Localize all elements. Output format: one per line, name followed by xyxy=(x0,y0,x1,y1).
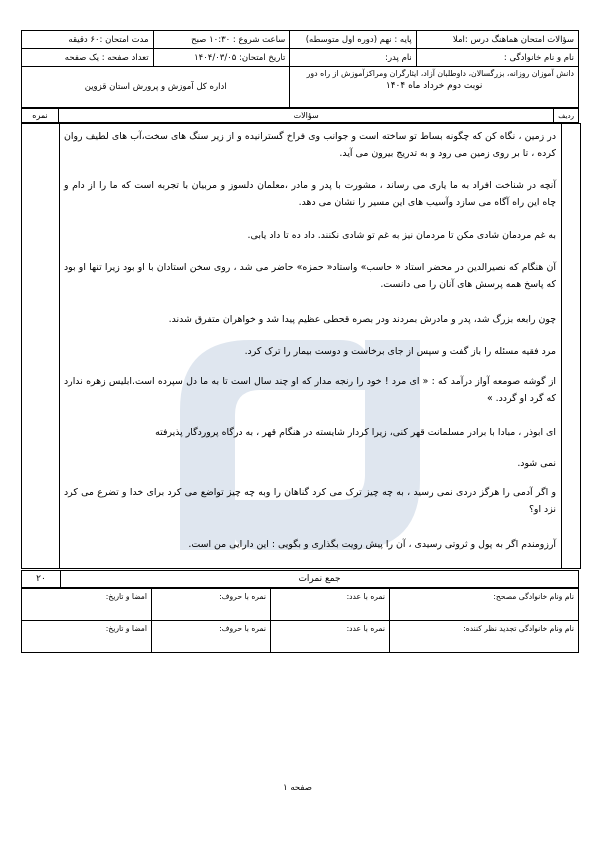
reviewer-name-field[interactable]: نام ونام خانوادگی تجدید نظر کننده: xyxy=(390,621,579,653)
exam-title: سؤالات امتحان هماهنگ درس :املا xyxy=(416,31,578,49)
total-score-label: جمع نمرات xyxy=(61,571,579,588)
father-name-field[interactable]: نام پدر: xyxy=(290,49,416,67)
grader-table: نام ونام خانوادگی مصحح: نمره با عدد: نمر… xyxy=(21,588,579,653)
exam-audience-cell: دانش آموزان روزانه، بزرگسالان، داوطلبان … xyxy=(290,67,579,108)
questions-column-header: سؤالات xyxy=(59,109,554,123)
start-time: ساعت شروع : ۱۰:۳۰ صبح xyxy=(153,31,290,49)
question-2: آنچه در شناخت افراد به ما یاری می رساند … xyxy=(64,177,556,211)
questions-body: در زمین ، نگاه کن که چگونه بساط تو ساخته… xyxy=(21,123,581,569)
exam-page: سؤالات امتحان هماهنگ درس :املا پایه : نه… xyxy=(0,0,595,842)
question-5: چون رابعه بزرگ شد، پدر و مادرش بمردند ود… xyxy=(64,311,556,328)
total-score-value: ۲۰ xyxy=(22,571,61,588)
row-column-header: ردیف xyxy=(554,109,579,123)
organization-name: اداره کل آموزش و پرورش استان قزوین xyxy=(22,67,290,108)
reviewer-signature-field[interactable]: امضا و تاریخ: xyxy=(22,621,152,653)
question-8: ای ابوذر ، مبادا با برادر مسلمانت قهر کن… xyxy=(64,424,556,441)
reviewer-score-digits-field[interactable]: نمره با عدد: xyxy=(271,621,390,653)
question-10: آرزومندم اگر به پول و ثروتی رسیدی ، آن ر… xyxy=(64,536,556,553)
row-number-column xyxy=(561,124,580,568)
grade-level: پایه : نهم (دوره اول متوسطه) xyxy=(290,31,416,49)
exam-duration: مدت امتحان :۶۰ دقیقه xyxy=(22,31,154,49)
question-4: آن هنگام که نصیرالدین در محضر استاد « حا… xyxy=(64,259,556,293)
exam-audience: دانش آموزان روزانه، بزرگسالان، داوطلبان … xyxy=(294,69,574,78)
question-3: به غم مردمان شادی مکن تا مردمان نیز به غ… xyxy=(64,227,556,244)
question-8-continued: نمی شود. xyxy=(64,455,556,472)
page-number: صفحه ۱ xyxy=(0,783,595,793)
student-name-field[interactable]: نام و نام خانوادگی : xyxy=(416,49,578,67)
question-1: در زمین ، نگاه کن که چگونه بساط تو ساخته… xyxy=(64,128,556,162)
exam-header-table: سؤالات امتحان هماهنگ درس :املا پایه : نه… xyxy=(21,30,579,108)
questions-header: ردیف سؤالات نمره xyxy=(21,108,579,123)
question-7: از گوشه صومعه آواز درآمد که : « ای مرد !… xyxy=(64,373,556,407)
grader-signature-field[interactable]: امضا و تاریخ: xyxy=(22,589,152,621)
grader-score-letters-field[interactable]: نمره با حروف: xyxy=(152,589,271,621)
score-column xyxy=(22,124,60,568)
exam-date: تاریخ امتحان: ۱۴۰۴/۰۳/۰۵ xyxy=(153,49,290,67)
exam-session: نوبت دوم خرداد ماه ۱۴۰۴ xyxy=(294,81,574,91)
question-9: و اگر آدمی را هرگز دردی نمی رسید ، به چه… xyxy=(64,484,556,518)
question-6: مرد فقیه مسئله را باز گفت و سپس از جای ب… xyxy=(64,343,556,360)
grading-footer: جمع نمرات ۲۰ xyxy=(21,570,579,588)
reviewer-score-letters-field[interactable]: نمره با حروف: xyxy=(152,621,271,653)
score-column-header: نمره xyxy=(22,109,59,123)
page-count: تعداد صفحه : یک صفحه xyxy=(22,49,154,67)
grader-name-field[interactable]: نام ونام خانوادگی مصحح: xyxy=(390,589,579,621)
grader-score-digits-field[interactable]: نمره با عدد: xyxy=(271,589,390,621)
